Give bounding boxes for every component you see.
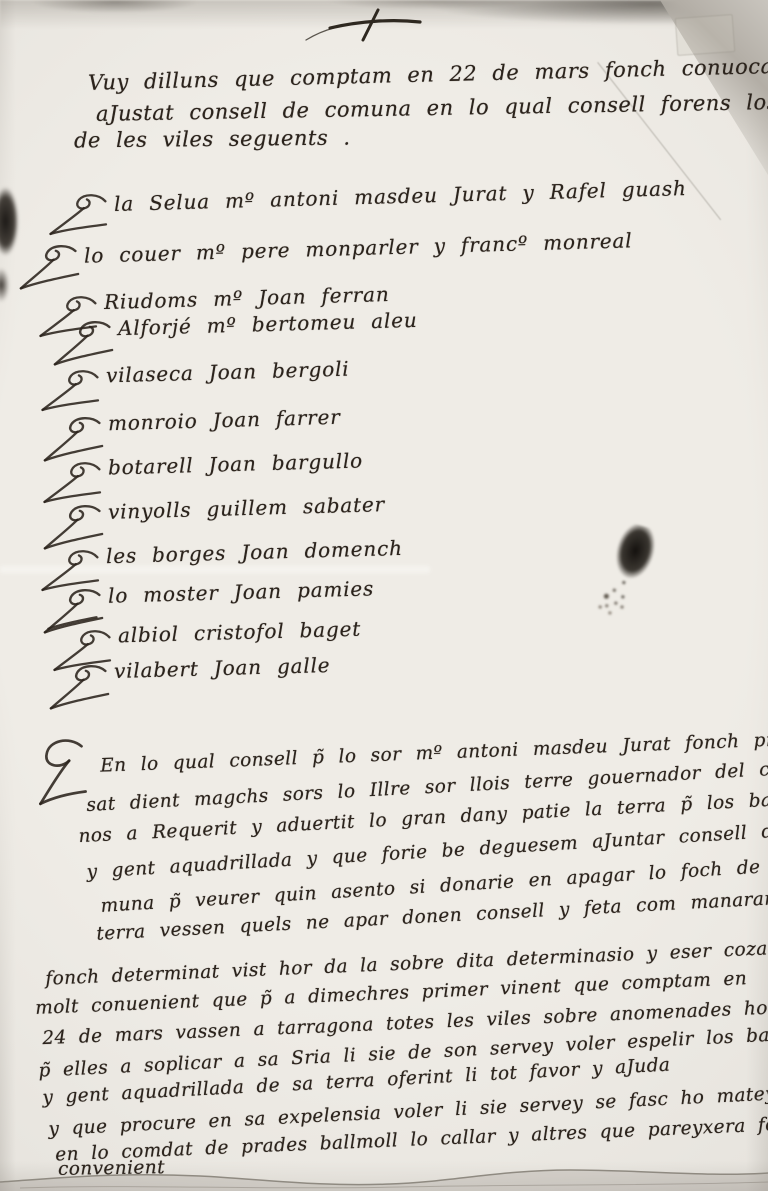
roll-entry-text: monroio Joan farrer — [108, 405, 341, 435]
paragraph-initial-flourish-icon — [34, 736, 92, 810]
roll-entry-text: vilabert Joan galle — [114, 653, 331, 683]
heading-line: aJustat consell de comuna en lo qual con… — [96, 88, 768, 126]
roll-entry-text: la Selua mº antoni masdeu Jurat y Rafel … — [114, 176, 687, 216]
manuscript-page: Vuy dilluns que comptam en 22 de mars fo… — [0, 0, 768, 1191]
roll-entry-text: vinyolls guillem sabater — [108, 492, 385, 524]
paraph-flourish-icon — [46, 660, 113, 714]
roll-entry-text: Alforjé mº bertomeu aleu — [118, 308, 418, 340]
roll-entry-text: botarell Joan bargullo — [108, 448, 364, 479]
roll-entry-text: vilaseca Joan bergoli — [106, 357, 350, 388]
ink-smudge-blob — [594, 519, 664, 620]
faint-archival-mark — [675, 14, 736, 56]
roll-entry-text: les borges Joan domench — [106, 536, 403, 568]
heading-line: Vuy dilluns que comptam en 22 de mars fo… — [88, 53, 768, 95]
roll-entry-text: albiol cristofol baget — [118, 617, 362, 648]
left-margin-ink-blot-small — [0, 262, 12, 308]
heading-line: de les viles seguents . — [74, 126, 351, 153]
torn-edge-icon — [0, 1160, 768, 1191]
roll-entry-text: lo moster Joan pamies — [108, 576, 375, 607]
paraph-flourish-icon — [47, 187, 112, 242]
roll-entry: vilabert Joan galle — [48, 656, 330, 713]
folio-number-mark-icon — [300, 6, 440, 46]
